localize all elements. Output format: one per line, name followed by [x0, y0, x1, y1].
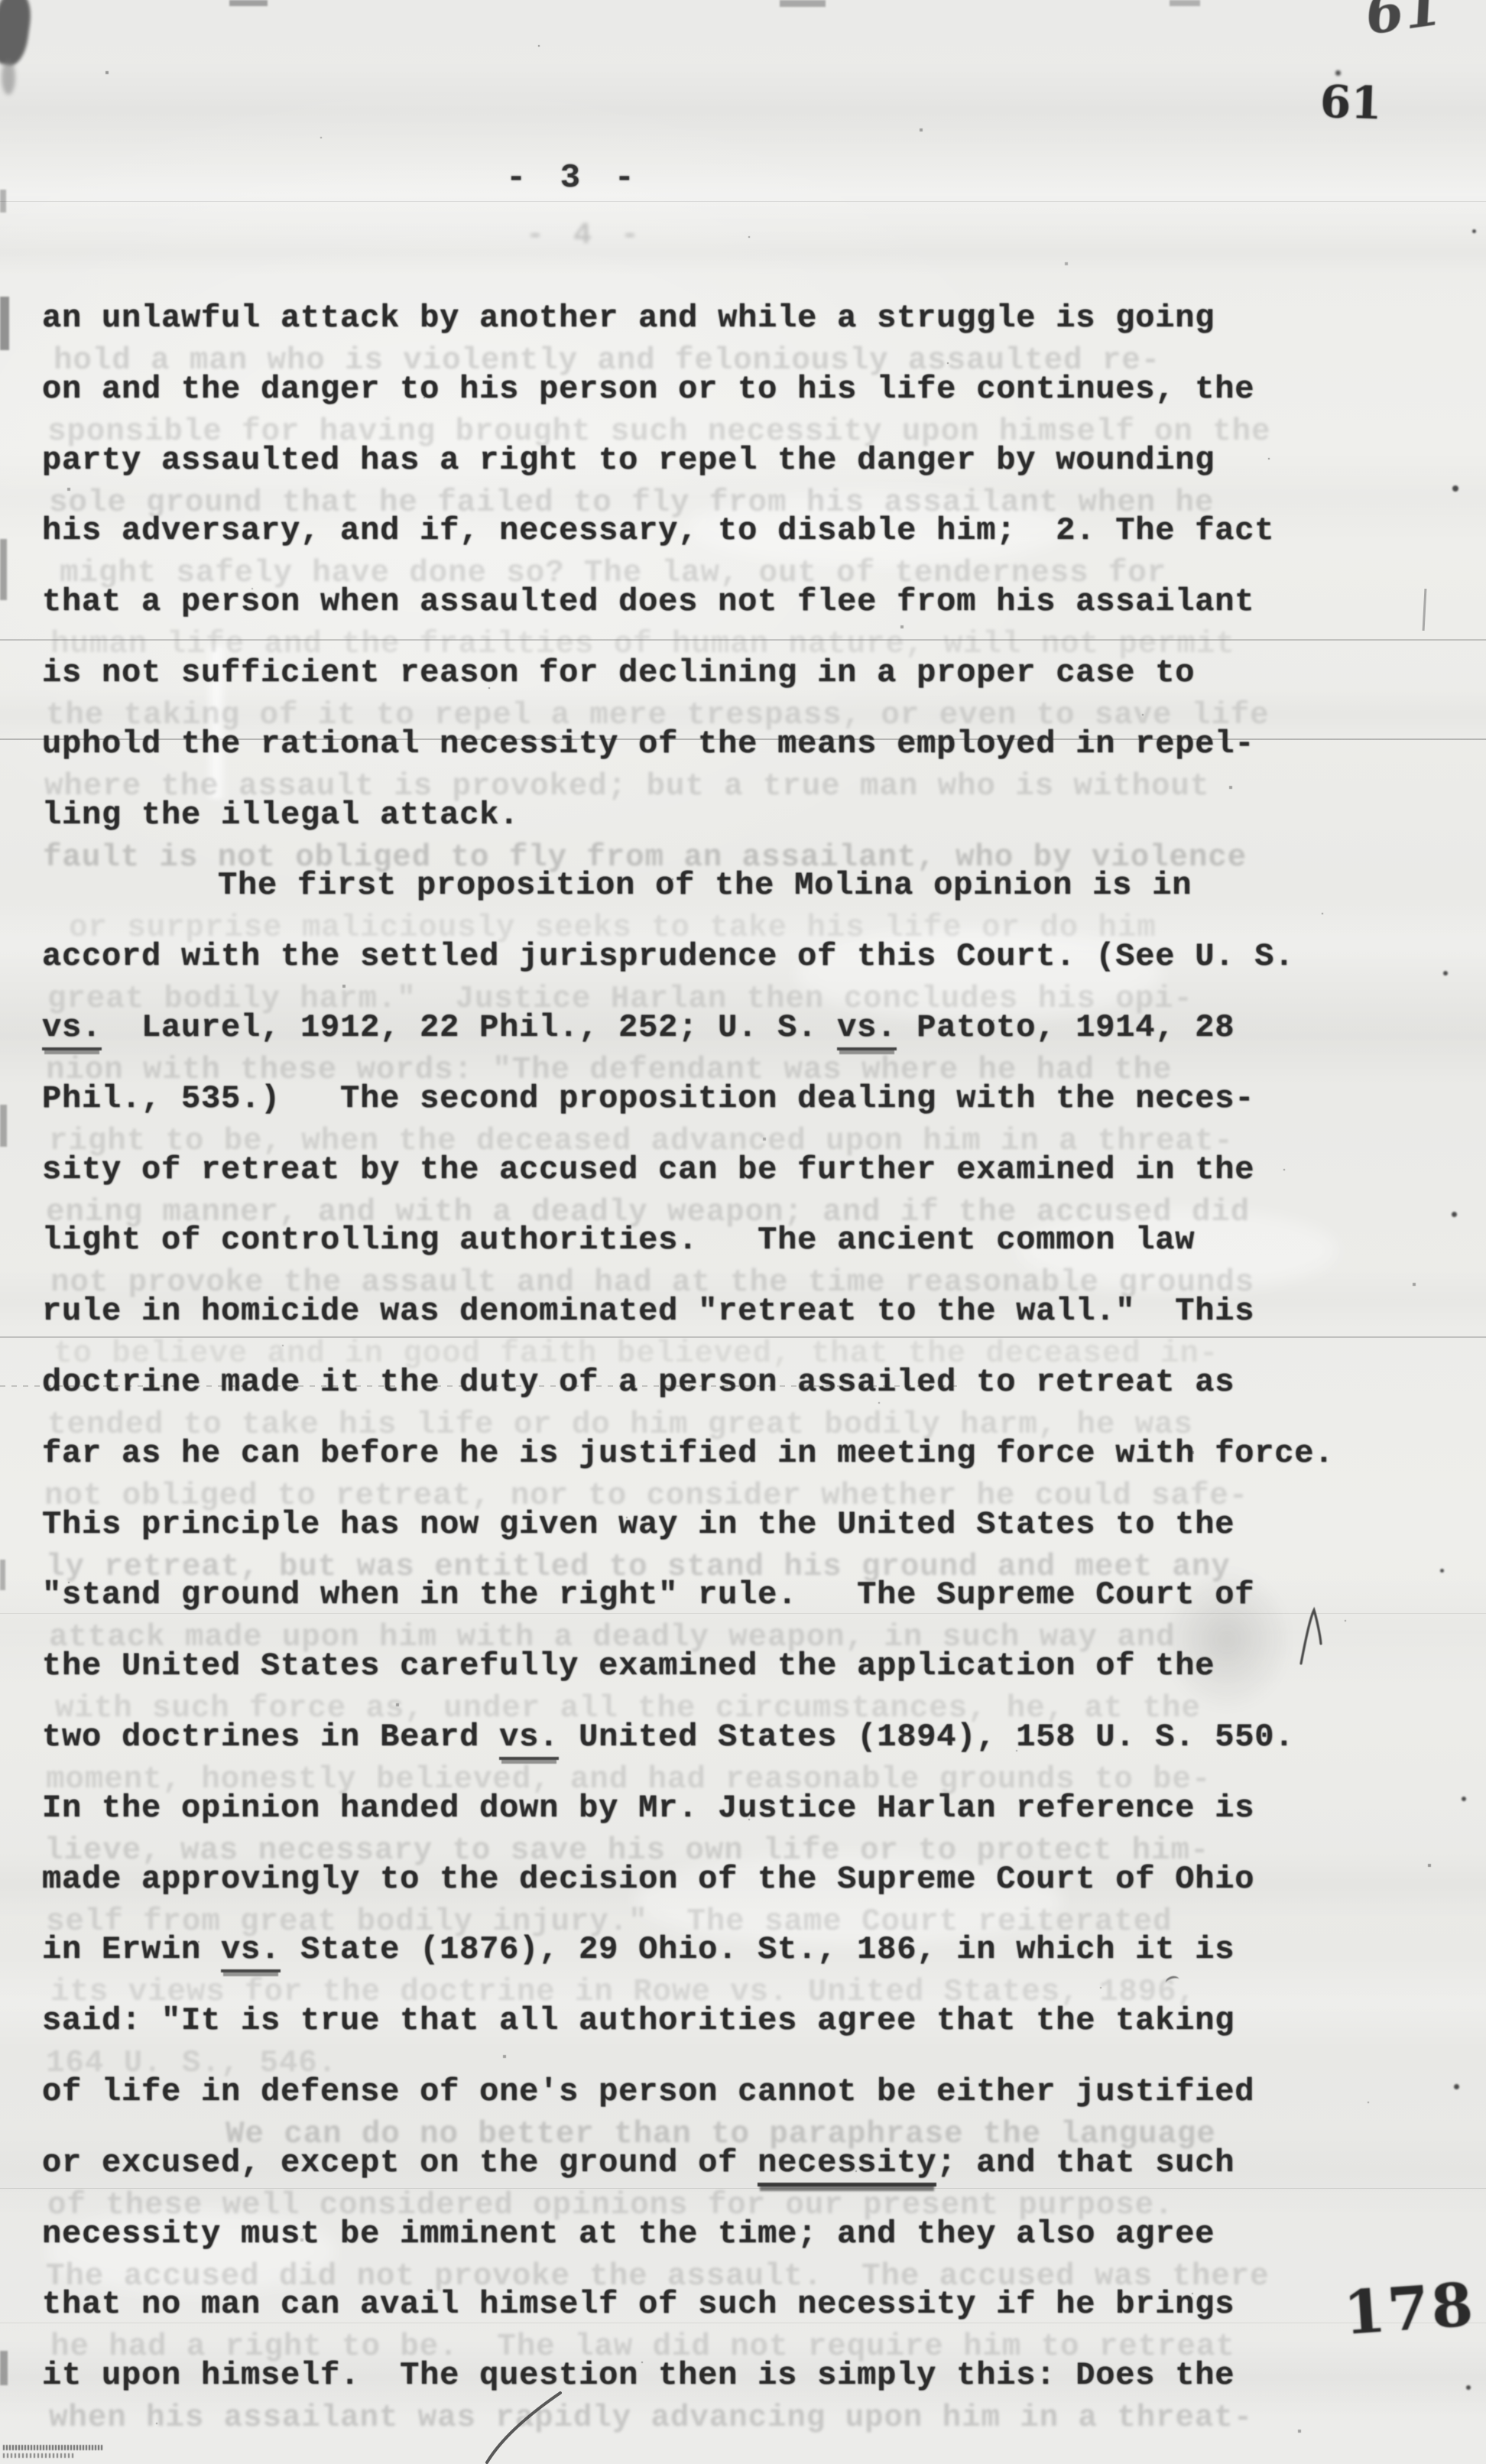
edge-dot: [1443, 971, 1448, 976]
text-segment: accord with the settled jurisprudence of…: [42, 938, 1294, 975]
typed-text-line: far as he can before he is justified in …: [42, 1418, 1433, 1489]
typed-text-line: doctrine made it the duty of a person as…: [42, 1347, 1433, 1418]
typed-text-line: rule in homicide was denominated "retrea…: [42, 1276, 1433, 1347]
text-segment: United States (1894), 158 U. S. 550.: [559, 1719, 1294, 1755]
typed-text-line: Phil., 535.) The second proposition deal…: [42, 1063, 1433, 1135]
ink-dot: [1335, 70, 1341, 76]
edge-dot: [1452, 1212, 1457, 1217]
typed-text-line: that a person when assaulted does not fl…: [42, 566, 1433, 638]
handwritten-caret-icon: [1295, 1605, 1329, 1667]
text-segment: that no man can avail himself of such ne…: [42, 2286, 1235, 2323]
text-segment: uphold the rational necessity of the mea…: [42, 726, 1254, 762]
typed-text-line: "stand ground when in the right" rule. T…: [42, 1560, 1433, 1631]
text-segment: Patoto, 1914, 28: [897, 1009, 1235, 1046]
typed-text-line: in Erwin vs. State (1876), 29 Ohio. St.,…: [42, 1914, 1433, 1985]
stamped-page-number: 61: [1319, 76, 1383, 130]
typed-text-line: on and the danger to his person or to hi…: [42, 354, 1433, 425]
text-segment: This principle has now given way in the …: [42, 1506, 1235, 1543]
typed-text-line: an unlawful attack by another and while …: [42, 283, 1433, 354]
edge-dot: [1466, 2385, 1471, 2390]
underlined-text: vs.: [42, 1009, 102, 1050]
text-segment: it upon himself. The question then is si…: [42, 2357, 1235, 2394]
text-segment: doctrine made it the duty of a person as…: [42, 1364, 1235, 1401]
edge-mark: [0, 1105, 7, 1147]
corner-smudge: [0, 0, 34, 67]
typed-text-line: two doctrines in Beard vs. United States…: [42, 1702, 1433, 1773]
typed-text-line: accord with the settled jurisprudence of…: [42, 921, 1433, 992]
text-segment: State (1876), 29 Ohio. St., 186, in whic…: [281, 1931, 1235, 1968]
edge-dot: [1472, 229, 1476, 233]
underlined-text: vs.: [221, 1931, 281, 1972]
typed-text-line: the United States carefully examined the…: [42, 1631, 1433, 1702]
edge-mark: [0, 1560, 5, 1590]
paper-band: [0, 229, 1486, 275]
typed-text-line: In the opinion handed down by Mr. Justic…: [42, 1773, 1433, 1844]
text-segment: is not sufficient reason for declining i…: [42, 654, 1195, 691]
typed-text-block: an unlawful attack by another and while …: [42, 283, 1433, 2411]
typed-page-marker: - 3 -: [506, 159, 641, 197]
typed-text-line: light of controlling authorities. The an…: [42, 1205, 1433, 1276]
underlined-text: vs.: [499, 1719, 559, 1760]
text-segment: necessity must be imminent at the time; …: [42, 2216, 1215, 2252]
text-segment: in Erwin: [42, 1931, 221, 1968]
top-edge-dash: [780, 0, 826, 7]
text-segment: ling the illegal attack.: [42, 797, 519, 833]
top-edge-dash: [229, 0, 268, 6]
text-segment: of life in defense of one's person canno…: [42, 2073, 1254, 2110]
typed-text-line: sity of retreat by the accused can be fu…: [42, 1135, 1433, 1206]
scanned-document-page: hold a man who is violently and feloniou…: [0, 0, 1486, 2464]
text-segment: on and the danger to his person or to hi…: [42, 371, 1254, 407]
edge-dot: [1452, 485, 1458, 492]
typed-text-line: This principle has now given way in the …: [42, 1489, 1433, 1560]
typed-text-line: necessity must be imminent at the time; …: [42, 2199, 1433, 2270]
underlined-text: necessity: [758, 2144, 936, 2186]
typed-text-line: his adversary, and if, necessary, to dis…: [42, 495, 1433, 566]
text-segment: made approvingly to the decision of the …: [42, 1861, 1254, 1898]
text-segment: "stand ground when in the right" rule. T…: [42, 1576, 1254, 1613]
pen-stroke-mark: [470, 2391, 577, 2464]
ghost-page-marker: - 4 -: [526, 219, 644, 253]
edge-mark: [0, 190, 6, 213]
paper-band: [0, 161, 1486, 229]
text-segment: Phil., 535.) The second proposition deal…: [42, 1080, 1254, 1117]
handwritten-page-number: 61: [1361, 0, 1446, 47]
typed-text-line: of life in defense of one's person canno…: [42, 2057, 1433, 2128]
text-segment: sity of retreat by the accused can be fu…: [42, 1151, 1254, 1188]
edge-dot: [1462, 1797, 1466, 1801]
text-segment: an unlawful attack by another and while …: [42, 300, 1215, 336]
typed-text-line: it upon himself. The question then is si…: [42, 2340, 1433, 2411]
edge-mark: [0, 2351, 8, 2385]
text-segment: In the opinion handed down by Mr. Justic…: [42, 1790, 1254, 1826]
microfilm-edge-label: [3, 2453, 76, 2458]
text-segment: Laurel, 1912, 22 Phil., 252; U. S.: [102, 1009, 837, 1046]
scan-line: [0, 201, 1486, 202]
typed-text-line: that no man can avail himself of such ne…: [42, 2269, 1433, 2340]
text-segment: said: "It is true that all authorities a…: [42, 2002, 1235, 2039]
text-segment: party assaulted has a right to repel the…: [42, 442, 1215, 479]
microfilm-edge-label: [3, 2445, 102, 2450]
text-segment: The first proposition of the Molina opin…: [218, 867, 1192, 904]
text-segment: two doctrines in Beard: [42, 1719, 499, 1755]
text-segment: ; and that such: [936, 2144, 1235, 2181]
typed-text-line: said: "It is true that all authorities a…: [42, 1985, 1433, 2057]
edge-mark: [0, 539, 7, 600]
text-segment: rule in homicide was denominated "retrea…: [42, 1293, 1254, 1329]
text-segment: the United States carefully examined the…: [42, 1648, 1215, 1684]
typed-text-line: uphold the rational necessity of the mea…: [42, 709, 1433, 780]
typed-text-line: is not sufficient reason for declining i…: [42, 638, 1433, 709]
text-segment: his adversary, and if, necessary, to dis…: [42, 512, 1274, 549]
edge-dot: [1454, 2084, 1459, 2089]
typed-text-line: or excused, except on the ground of nece…: [42, 2128, 1433, 2199]
folio-stamp: 178: [1342, 2270, 1478, 2349]
edge-dot: [1440, 1569, 1444, 1573]
underlined-text: vs.: [837, 1009, 897, 1050]
text-segment: light of controlling authorities. The an…: [42, 1222, 1195, 1258]
text-segment: that a person when assaulted does not fl…: [42, 583, 1254, 620]
typed-text-line: made approvingly to the decision of the …: [42, 1844, 1433, 1915]
typed-text-line: ling the illegal attack.: [42, 780, 1433, 851]
paper-band: [0, 61, 1486, 161]
typed-text-line: party assaulted has a right to repel the…: [42, 425, 1433, 496]
corner-smudge: [2, 60, 15, 95]
top-edge-dash: [1170, 0, 1200, 6]
text-segment: far as he can before he is justified in …: [42, 1435, 1334, 1472]
text-segment: or excused, except on the ground of: [42, 2144, 758, 2181]
edge-mark: [0, 297, 9, 350]
typed-text-line: The first proposition of the Molina opin…: [42, 850, 1433, 921]
typed-text-line: vs. Laurel, 1912, 22 Phil., 252; U. S. v…: [42, 992, 1433, 1063]
